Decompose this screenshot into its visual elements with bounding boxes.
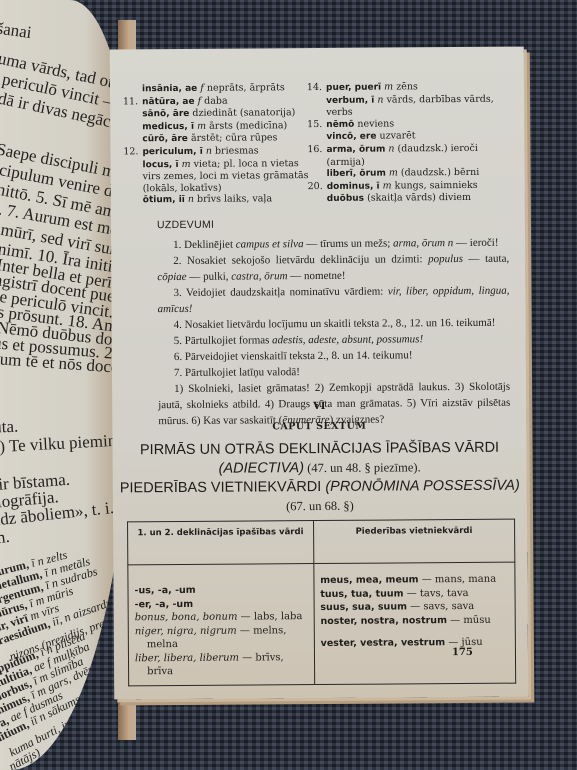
heading-ref: (47. un 48. § piezīme). bbox=[304, 460, 421, 475]
pronoun-latin: vester, vestra, vestrum bbox=[321, 637, 446, 649]
exercise-item: 2. Nosakiet sekojošo lietvārdu deklināci… bbox=[157, 251, 509, 285]
vocab-body: arma, ōrum n (daudzsk.) ieroči (armija) bbox=[326, 143, 517, 169]
vocab-gender: m bbox=[384, 81, 393, 92]
vocab-number: 14. bbox=[302, 82, 326, 95]
adjective-meaning-cont: brīva bbox=[135, 664, 308, 679]
vocab-word: periculum, ī bbox=[142, 147, 202, 157]
vocab-word: dominus, ī bbox=[327, 181, 380, 191]
right-page: insānia, ae f neprāts, ārprāts11.nātūra,… bbox=[110, 47, 529, 700]
exercise-latin: populus bbox=[428, 253, 463, 265]
vocab-word: ōtium, iī bbox=[143, 195, 185, 205]
pronoun-latin: meus, mea, meum bbox=[320, 574, 418, 586]
pronoun-row: vester, vestra, vestrum — jūsu bbox=[321, 636, 509, 651]
vocab-gender: m bbox=[383, 180, 392, 191]
left-page-line: košanai bbox=[0, 16, 33, 43]
heading-possessive: PIEDERĪBAS VIETNIEKVĀRDI bbox=[120, 479, 326, 496]
vocab-number bbox=[302, 131, 326, 144]
left-page-line: lam. bbox=[0, 527, 11, 550]
exercises-title: UZDEVUMI bbox=[157, 219, 214, 231]
heading-pronomina: (PRONŌMINA POSSESSĪVA) bbox=[325, 478, 520, 495]
vocab-body: nātūra, ae f daba bbox=[142, 95, 308, 109]
vocab-word: sānō, āre bbox=[142, 109, 189, 119]
adjective-latin: bonus, bona, bonum bbox=[135, 612, 238, 624]
pronouns-cell: meus, mea, meum — mans, manatuus, tua, t… bbox=[314, 562, 516, 684]
adjective-ending: -us, -a, -um bbox=[134, 583, 307, 598]
page-number: 175 bbox=[452, 647, 473, 658]
exercise-latin: castra, ōrum bbox=[231, 270, 287, 282]
vocab-number bbox=[303, 193, 327, 206]
vocab-word: liberī, ōrum bbox=[327, 169, 386, 179]
vocab-word: duōbus bbox=[327, 194, 364, 204]
vocab-entry: verbum, ī n vārds, darbības vārds, verbs bbox=[302, 93, 517, 119]
exercise-latin: campus et silva bbox=[236, 238, 304, 250]
vocab-gender: n bbox=[388, 143, 394, 154]
vocab-body: insānia, ae f neprāts, ārprāts bbox=[142, 82, 308, 96]
left-page-line: tpūta. bbox=[0, 417, 19, 438]
vocab-body: sānō, āre dziedināt (sanatorija) bbox=[142, 107, 308, 121]
heading-adiectiva: (ADIECTIVA) bbox=[219, 460, 305, 477]
pronoun-latin: suus, sua, suum bbox=[320, 601, 407, 613]
vocab-word: locus, ī bbox=[143, 160, 179, 170]
vocab-number bbox=[118, 83, 142, 96]
ending-text: -er, -a, -um bbox=[135, 598, 194, 609]
ending-text: -us, -a, -um bbox=[134, 585, 195, 596]
adjective-example: niger, nigra, nigrum — melns,melna bbox=[135, 624, 308, 652]
vocab-number bbox=[303, 168, 327, 181]
heading-line-3: PIEDERĪBAS VIETNIEKVĀRDI (PRONŌMINA POSS… bbox=[113, 477, 527, 499]
vocab-number: 20. bbox=[303, 181, 327, 194]
vocab-entry: 16.arma, ōrum n (daudzsk.) ieroči (armij… bbox=[302, 143, 517, 169]
chapter-heading: PIRMĀS UN OTRĀS DEKLINĀCIJAS ĪPAŠĪBAS VĀ… bbox=[112, 439, 527, 518]
pronoun-row: suus, sua, suum — savs, sava bbox=[320, 600, 508, 615]
exercise-latin: vir, liber, oppidum, lingua, amīcus! bbox=[158, 285, 510, 315]
vocab-gender: m bbox=[197, 121, 206, 132]
vocab-body: duōbus (skaitļa vārds) diviem bbox=[327, 192, 518, 206]
vocab-number bbox=[302, 95, 326, 119]
vocab-number bbox=[118, 134, 142, 147]
pronoun-row: tuus, tua, tuum — tavs, tava bbox=[320, 586, 508, 601]
vocab-number: 12. bbox=[118, 146, 142, 159]
table-header-adjectives: 1. un 2. deklinācijas īpašības vārdi bbox=[128, 521, 314, 565]
vocab-body: periculum, ī n briesmas bbox=[142, 145, 308, 159]
chapter-latin-title: CAPUT SEXTUM bbox=[112, 420, 526, 434]
table-header-pronouns: Piederības vietniekvārdi bbox=[313, 519, 515, 563]
vocab-gender: f bbox=[198, 95, 202, 106]
vocab-body: ōtium, iī n brīvs laiks, vaļa bbox=[143, 193, 309, 207]
vocab-body: verbum, ī n vārds, darbības vārds, verbs bbox=[326, 93, 517, 119]
vocab-gender: n bbox=[206, 146, 212, 157]
vocab-word: vincō, ere bbox=[326, 132, 376, 142]
vocab-number bbox=[119, 195, 143, 208]
vocab-word: medicus, ī bbox=[142, 122, 194, 132]
vocab-number: 11. bbox=[118, 96, 142, 109]
exercise-item: 4. Nosakiet lietvārdu locījumu un skaitl… bbox=[158, 315, 510, 333]
vocab-number bbox=[119, 159, 143, 195]
adjectives-cell: -us, -a, -um-er, -a, -umbonus, bona, bon… bbox=[128, 564, 315, 686]
vocab-number bbox=[118, 121, 142, 134]
vocab-body: medicus, ī m ārsts (medicīna) bbox=[142, 120, 308, 134]
vocab-word: insānia, ae bbox=[142, 84, 197, 94]
left-page-line: s.») Te vilku piemin, le vil bbox=[0, 429, 130, 458]
adjective-example: liber, libera, liberum — brīvs,brīva bbox=[135, 651, 308, 679]
vocab-entry: locus, ī m vieta; pl. loca n vietas virs… bbox=[119, 158, 309, 195]
adjective-meaning-cont: melna bbox=[135, 637, 308, 652]
vocab-gender: m bbox=[389, 168, 398, 179]
vocab-gender: n bbox=[188, 194, 194, 205]
adjective-ending: -er, -a, -um bbox=[135, 597, 308, 612]
vocab-word: puer, puerī bbox=[326, 83, 381, 93]
pronoun-row: noster, nostra, nostrum — mūsu bbox=[320, 613, 508, 628]
vocabulary-column-1: insānia, ae f neprāts, ārprāts11.nātūra,… bbox=[118, 82, 309, 207]
vocab-number bbox=[118, 108, 142, 121]
exercise-latin: arma, ōrum n bbox=[393, 237, 453, 249]
vocab-word: verbum, ī bbox=[326, 95, 374, 105]
adjective-latin: liber, libera, liberum bbox=[135, 652, 239, 664]
vocab-number: 16. bbox=[302, 144, 326, 168]
adjective-latin: niger, nigra, nigrum bbox=[135, 625, 237, 637]
exercise-latin: adestis, adeste, absunt, possumus! bbox=[272, 333, 423, 346]
pronoun-row: meus, mea, meum — mans, mana bbox=[320, 573, 508, 588]
vocab-word: nēmō bbox=[326, 120, 354, 130]
exercise-item: 3. Veidojiet daudzskaitļa nominatīvu vār… bbox=[157, 283, 509, 317]
heading-line-1: PIRMĀS UN OTRĀS DEKLINĀCIJAS ĪPAŠĪBAS VĀ… bbox=[112, 439, 526, 461]
vocab-entry: ōtium, iī n brīvs laiks, vaļa bbox=[119, 193, 309, 207]
vocab-body: cūrō, āre ārstēt; cūra rūpes bbox=[142, 132, 308, 146]
exercise-latin: cōpiae bbox=[157, 271, 186, 283]
vocab-body: locus, ī m vieta; pl. loca n vietas virs… bbox=[143, 158, 309, 195]
vocab-number: 15. bbox=[302, 119, 326, 132]
vocab-word: nātūra, ae bbox=[142, 96, 195, 106]
vocab-entry: duōbus (skaitļa vārds) diviem bbox=[303, 192, 518, 206]
vocabulary-column-2: 14.puer, puerī m zēnsverbum, ī n vārds, … bbox=[302, 81, 518, 206]
vocab-gender: n bbox=[377, 94, 383, 105]
heading-line-4: (67. un 68. §) bbox=[113, 496, 527, 518]
adjective-example: bonus, bona, bonum — labs, laba bbox=[135, 610, 308, 625]
declension-table: 1. un 2. deklinācijas īpašības vārdi Pie… bbox=[127, 519, 516, 686]
pronoun-latin: tuus, tua, tuum bbox=[320, 588, 403, 600]
vocab-gender: m bbox=[182, 158, 191, 169]
vocab-word: arma, ōrum bbox=[326, 145, 385, 155]
vocab-gender: f bbox=[200, 83, 204, 94]
vocab-word: cūrō, āre bbox=[142, 134, 188, 144]
pronoun-latin: noster, nostra, nostrum bbox=[320, 615, 447, 627]
